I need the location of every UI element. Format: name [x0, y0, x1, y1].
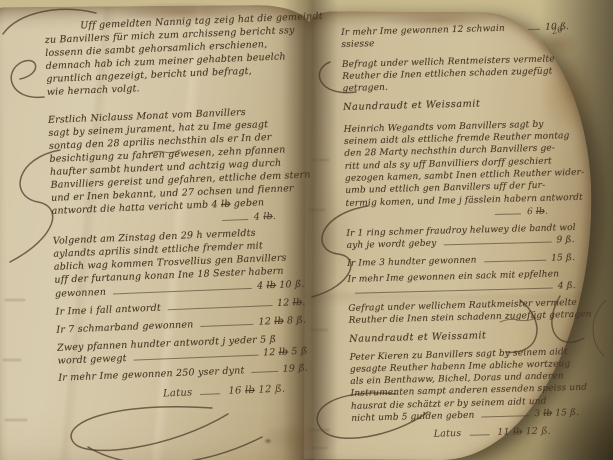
entry-text: Ir Ime i fall antwordt: [55, 302, 161, 319]
entry-item: Ir Ime 3 hundter gewonnen15 ß.: [347, 252, 575, 270]
amount-value: 12 lb 8 ß.: [258, 314, 306, 329]
manuscript-paragraph: Erstlich Niclauss Monat vom Banvillerssa…: [48, 104, 302, 218]
amount-value: 4 lb.: [254, 210, 277, 224]
leader-line: [222, 219, 248, 221]
leader-line: [355, 288, 553, 294]
entry-text: nicht umb 5 gulden geben: [351, 410, 475, 426]
leader-line: [168, 305, 272, 310]
entry-item: Ir mehr Ime gewonnen 12 schwain ssiesse1…: [341, 21, 570, 52]
libra-pound-symbol: lb: [221, 199, 231, 210]
libra-pound-symbol: lb: [263, 211, 273, 222]
amount-value: 4 ß.: [558, 280, 576, 293]
entry-text: ayh je wordt gebey: [347, 238, 437, 253]
manuscript-paragraph: Volgendt am Zinstag den 29 h vermeldtsay…: [53, 225, 305, 287]
libra-pound-symbol: lb: [293, 297, 303, 308]
amount-value: 12 lb 5 ß: [263, 345, 308, 360]
manuscript-paragraph: Peter Kieren zu Banvillers sagt by seine…: [349, 345, 579, 412]
entry-text: Ir Ime 3 hundter gewonnen: [347, 254, 477, 270]
entry-item-row: Ir Ime 3 hundter gewonnen15 ß.: [347, 252, 575, 270]
entry-text: Ir mehr Ime gewonnen 12 schwain ssiesse: [341, 22, 522, 51]
leader-line: [495, 213, 521, 215]
entry-item: Ir mehr Ime gewonnen ein sack mit epfelh…: [347, 268, 576, 299]
manuscript-paragraph: Uff gemeldten Nannig tag zeig hat die ge…: [44, 11, 297, 99]
manuscript-paragraph: Gefragt under wellichem Rautkmeister ver…: [348, 297, 577, 328]
amount-value: 12 lb.: [277, 296, 306, 310]
latus-label: Latus: [163, 386, 193, 400]
leader-line: [201, 324, 254, 327]
right-page-text: Ir mehr Ime gewonnen 12 schwain ssiesse1…: [341, 21, 580, 443]
leader-line: [484, 259, 547, 262]
leader-line: [252, 371, 278, 373]
latus-total: Latus16 lb 12 ß.: [163, 382, 309, 401]
libra-pound-symbol: lb: [266, 280, 276, 291]
left-page-text: Uff gemeldten Nannig tag zeig hat die ge…: [44, 11, 309, 410]
amount-value: 11 lb 12 ß.: [497, 426, 551, 440]
leader-line: [134, 355, 258, 361]
entry-text: gewonnen: [55, 286, 107, 301]
manuscript-paragraph: Heinrich Wegandts vom Banvillers sagt by…: [344, 118, 574, 210]
manuscript-paragraph: Befragt under wellich Rentmeisters verme…: [342, 53, 571, 96]
entry-text: Ir mehr Ime gewonnen 250 yser dynt: [58, 364, 245, 384]
libra-pound-symbol: lb: [274, 316, 284, 327]
amount-value: 15 ß.: [551, 252, 575, 265]
leader-line: [528, 29, 540, 30]
manuscript-photo: Uff gemeldten Nannig tag zeig hat die ge…: [0, 0, 613, 460]
amount-value: 19 ß.: [282, 362, 308, 376]
libra-pound-symbol: lb: [536, 207, 545, 217]
entry-item: Ir 1 ring schmer fraudroy heluwey die ba…: [346, 222, 575, 253]
libra-pound-symbol: lb: [279, 346, 289, 357]
section-heading: Naundraudt et Weissamit: [343, 96, 571, 114]
amount-value: 3 lb 15 ß.: [534, 407, 579, 420]
libra-pound-symbol: lb: [513, 427, 523, 438]
libra-pound-symbol: lb: [543, 409, 552, 419]
latus-label: Latus: [434, 428, 462, 441]
amount-value: 9 ß.: [556, 234, 574, 247]
leader-line: [443, 242, 551, 246]
entry-text: Ir 7 schmarband gewonnen: [56, 318, 194, 336]
libra-pound-symbol: lb: [245, 385, 255, 396]
amount-value: 4 lb 10 ß.: [257, 278, 305, 293]
amount-value: 16 lb 12 ß.: [228, 383, 285, 398]
leader-line: [113, 288, 252, 295]
section-heading: Naundraudt et Weissamit: [349, 328, 577, 346]
entry-item-row: Ir mehr Ime gewonnen 12 schwain ssiesse1…: [341, 21, 570, 52]
amount-value: 6 lb.: [527, 206, 548, 219]
entry-text: wordt gewegt: [57, 352, 127, 368]
leader-line: [482, 415, 530, 417]
leader-line: [200, 393, 220, 395]
leader-line: [469, 435, 489, 437]
